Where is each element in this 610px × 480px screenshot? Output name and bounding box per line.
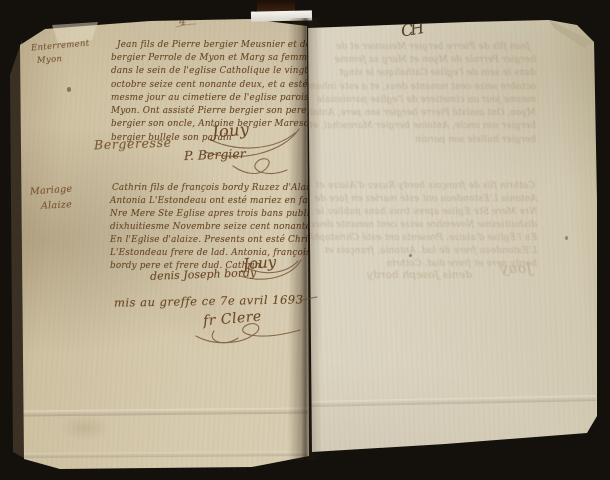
margin-note-burial: Enterrement — [31, 38, 90, 53]
bleedthrough-line: mesme jour au cimetiere de l'eglise paro… — [317, 95, 536, 105]
bleedthrough-line: bergier Perrole de Myon et Marg sa femme — [334, 55, 536, 65]
signature-bergeresse: Bergeresse — [94, 135, 172, 153]
fold-crease — [24, 451, 308, 458]
bleedthrough-line: dixhuitiesme Novembre seize cent nonante… — [311, 220, 537, 230]
ink-stain — [565, 236, 568, 240]
margin-note-marriage-place: Alaize — [41, 199, 73, 212]
paper-stain — [150, 280, 270, 350]
burial-record-line: bergier Perrole de Myon et Marg sa femme — [111, 53, 313, 63]
bleedthrough-marriage: Cathrin fils de françois bordy Ruzez d'A… — [306, 181, 590, 301]
burial-record-line: Jean fils de Pierre bergier Meusnier et … — [117, 40, 311, 50]
margin-note-burial-place: Myon — [37, 54, 63, 66]
bleedthrough-line: Jean fils de Pierre bergier Meusnier et … — [336, 42, 530, 52]
bleedthrough-line: Cathrin fils de françois bordy Ruzez d'A… — [315, 181, 535, 191]
bleedthrough-line: denis Joseph bordy — [367, 269, 472, 281]
gutter-shadow — [288, 18, 322, 460]
bleedthrough-line: Myon. Ont assisté Pierre bergier son per… — [298, 108, 536, 118]
fold-crease — [22, 408, 308, 417]
bleedthrough-line: L'Estondeau frere de lad. Antonia, franç… — [324, 246, 537, 256]
monogram-mark: CH — [400, 18, 423, 40]
bleedthrough-line: En l'Eglise d'alaize. Presents ont esté … — [305, 233, 537, 243]
bleedthrough-line: octobre seize cent nonante deux, et a es… — [302, 82, 536, 92]
signature-jouy-burial: Jouy — [211, 119, 250, 141]
signature-p-bergier: P. Bergier — [184, 146, 246, 163]
ink-stain — [67, 87, 71, 92]
fold-crease — [310, 395, 596, 407]
burial-record-line: dans le sein de l'eglise Catholique le v… — [111, 66, 308, 76]
margin-note-marriage: Mariage — [30, 184, 73, 198]
bleedthrough-line: Antonia L'Estondeau ont esté mariez en f… — [314, 194, 537, 204]
bleedthrough-line: bergier son oncle, Antoine bergier Mares… — [309, 121, 536, 131]
manuscript-scan: 4 Enterrement Myon Jean fils de Pierre b… — [0, 0, 610, 480]
bleedthrough-line: bergier bullele son parain — [415, 135, 536, 145]
ink-stain — [409, 254, 412, 257]
paper-stain — [60, 415, 110, 441]
bleedthrough-burial: Jean fils de Pierre bergier Meusnier et … — [310, 42, 588, 154]
folio-number: 4 — [178, 15, 186, 29]
corner-folio-mark: 160 — [546, 10, 563, 22]
bleedthrough-line: dans le sein de l'eglise Catholique le v… — [339, 68, 536, 78]
bleedthrough-line: Jouy — [500, 261, 532, 277]
bleedthrough-line: Nre Mere Ste Eglise apres trois bans pub… — [316, 207, 537, 217]
